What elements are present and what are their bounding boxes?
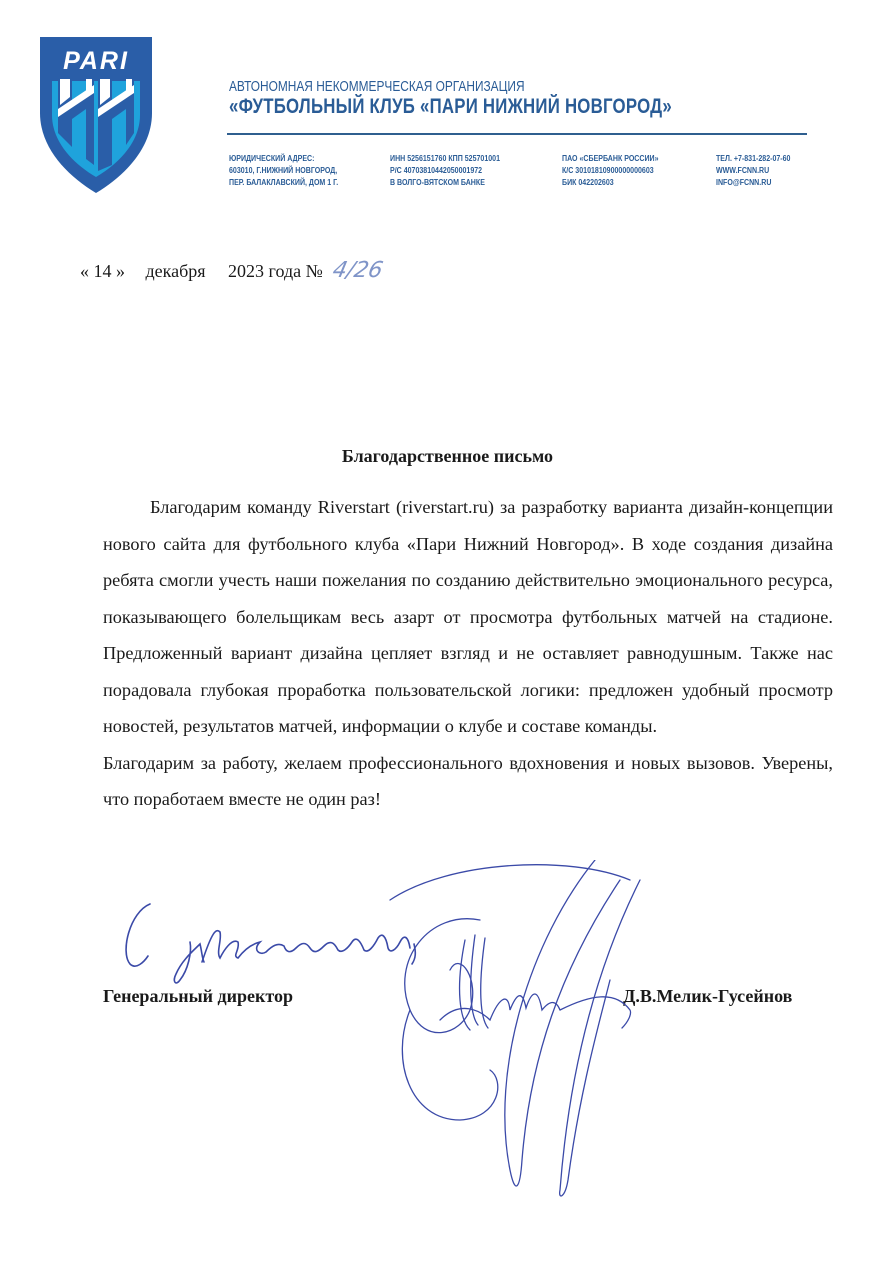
contact-details: ТЕЛ. +7-831-282-07-60 WWW.FCNN.RU INFO@F… <box>716 152 790 188</box>
req-line: В ВОЛГО-ВЯТСКОМ БАНКЕ <box>390 176 500 188</box>
req-line: ЮРИДИЧЕСКИЙ АДРЕС: <box>229 152 338 164</box>
signer-role: Генеральный директор <box>103 986 293 1007</box>
email: INFO@FCNN.RU <box>716 176 790 188</box>
legal-address: ЮРИДИЧЕСКИЙ АДРЕС: 603010, Г.НИЖНИЙ НОВГ… <box>229 152 338 188</box>
date-year: 2023 года № <box>228 261 323 282</box>
org-type: АВТОНОМНАЯ НЕКОММЕРЧЕСКАЯ ОРГАНИЗАЦИЯ <box>229 79 683 95</box>
website: WWW.FCNN.RU <box>716 164 790 176</box>
club-shield-logo-icon: PARI <box>38 35 154 195</box>
date-line: « 14 » декабря 2023 года № 4/26 <box>80 258 383 283</box>
req-line: ПАО «СБЕРБАНК РОССИИ» <box>562 152 659 164</box>
req-line: 603010, Г.НИЖНИЙ НОВГОРОД, <box>229 164 338 176</box>
letter-body: Благодарим команду Riverstart (riverstar… <box>103 489 833 818</box>
signature-icon <box>370 860 660 1200</box>
letter-title: Благодарственное письмо <box>0 446 895 467</box>
header-divider <box>227 133 807 135</box>
req-line: ИНН 5256151760 КПП 525701001 <box>390 152 500 164</box>
bank-details: ПАО «СБЕРБАНК РОССИИ» К/С 30101810900000… <box>562 152 659 188</box>
paragraph: Благодарим за работу, желаем профессиона… <box>103 745 833 818</box>
registration-number: 4/26 <box>331 258 386 283</box>
date-day: « 14 » <box>80 261 125 282</box>
paragraph: Благодарим команду Riverstart (riverstar… <box>103 489 833 745</box>
req-line: Р/С 40703810442050001972 <box>390 164 500 176</box>
req-line: БИК 042202603 <box>562 176 659 188</box>
svg-text:PARI: PARI <box>63 47 129 75</box>
date-month: декабря <box>146 261 206 282</box>
organization-header: АВТОНОМНАЯ НЕКОММЕРЧЕСКАЯ ОРГАНИЗАЦИЯ «Ф… <box>229 79 783 119</box>
req-line: ПЕР. БАЛАКЛАВСКИЙ, ДОМ 1 Г. <box>229 176 338 188</box>
phone: ТЕЛ. +7-831-282-07-60 <box>716 152 790 164</box>
org-name: «ФУТБОЛЬНЫЙ КЛУБ «ПАРИ НИЖНИЙ НОВГОРОД» <box>229 95 672 119</box>
tax-details: ИНН 5256151760 КПП 525701001 Р/С 4070381… <box>390 152 500 188</box>
req-line: К/С 30101810900000000603 <box>562 164 659 176</box>
